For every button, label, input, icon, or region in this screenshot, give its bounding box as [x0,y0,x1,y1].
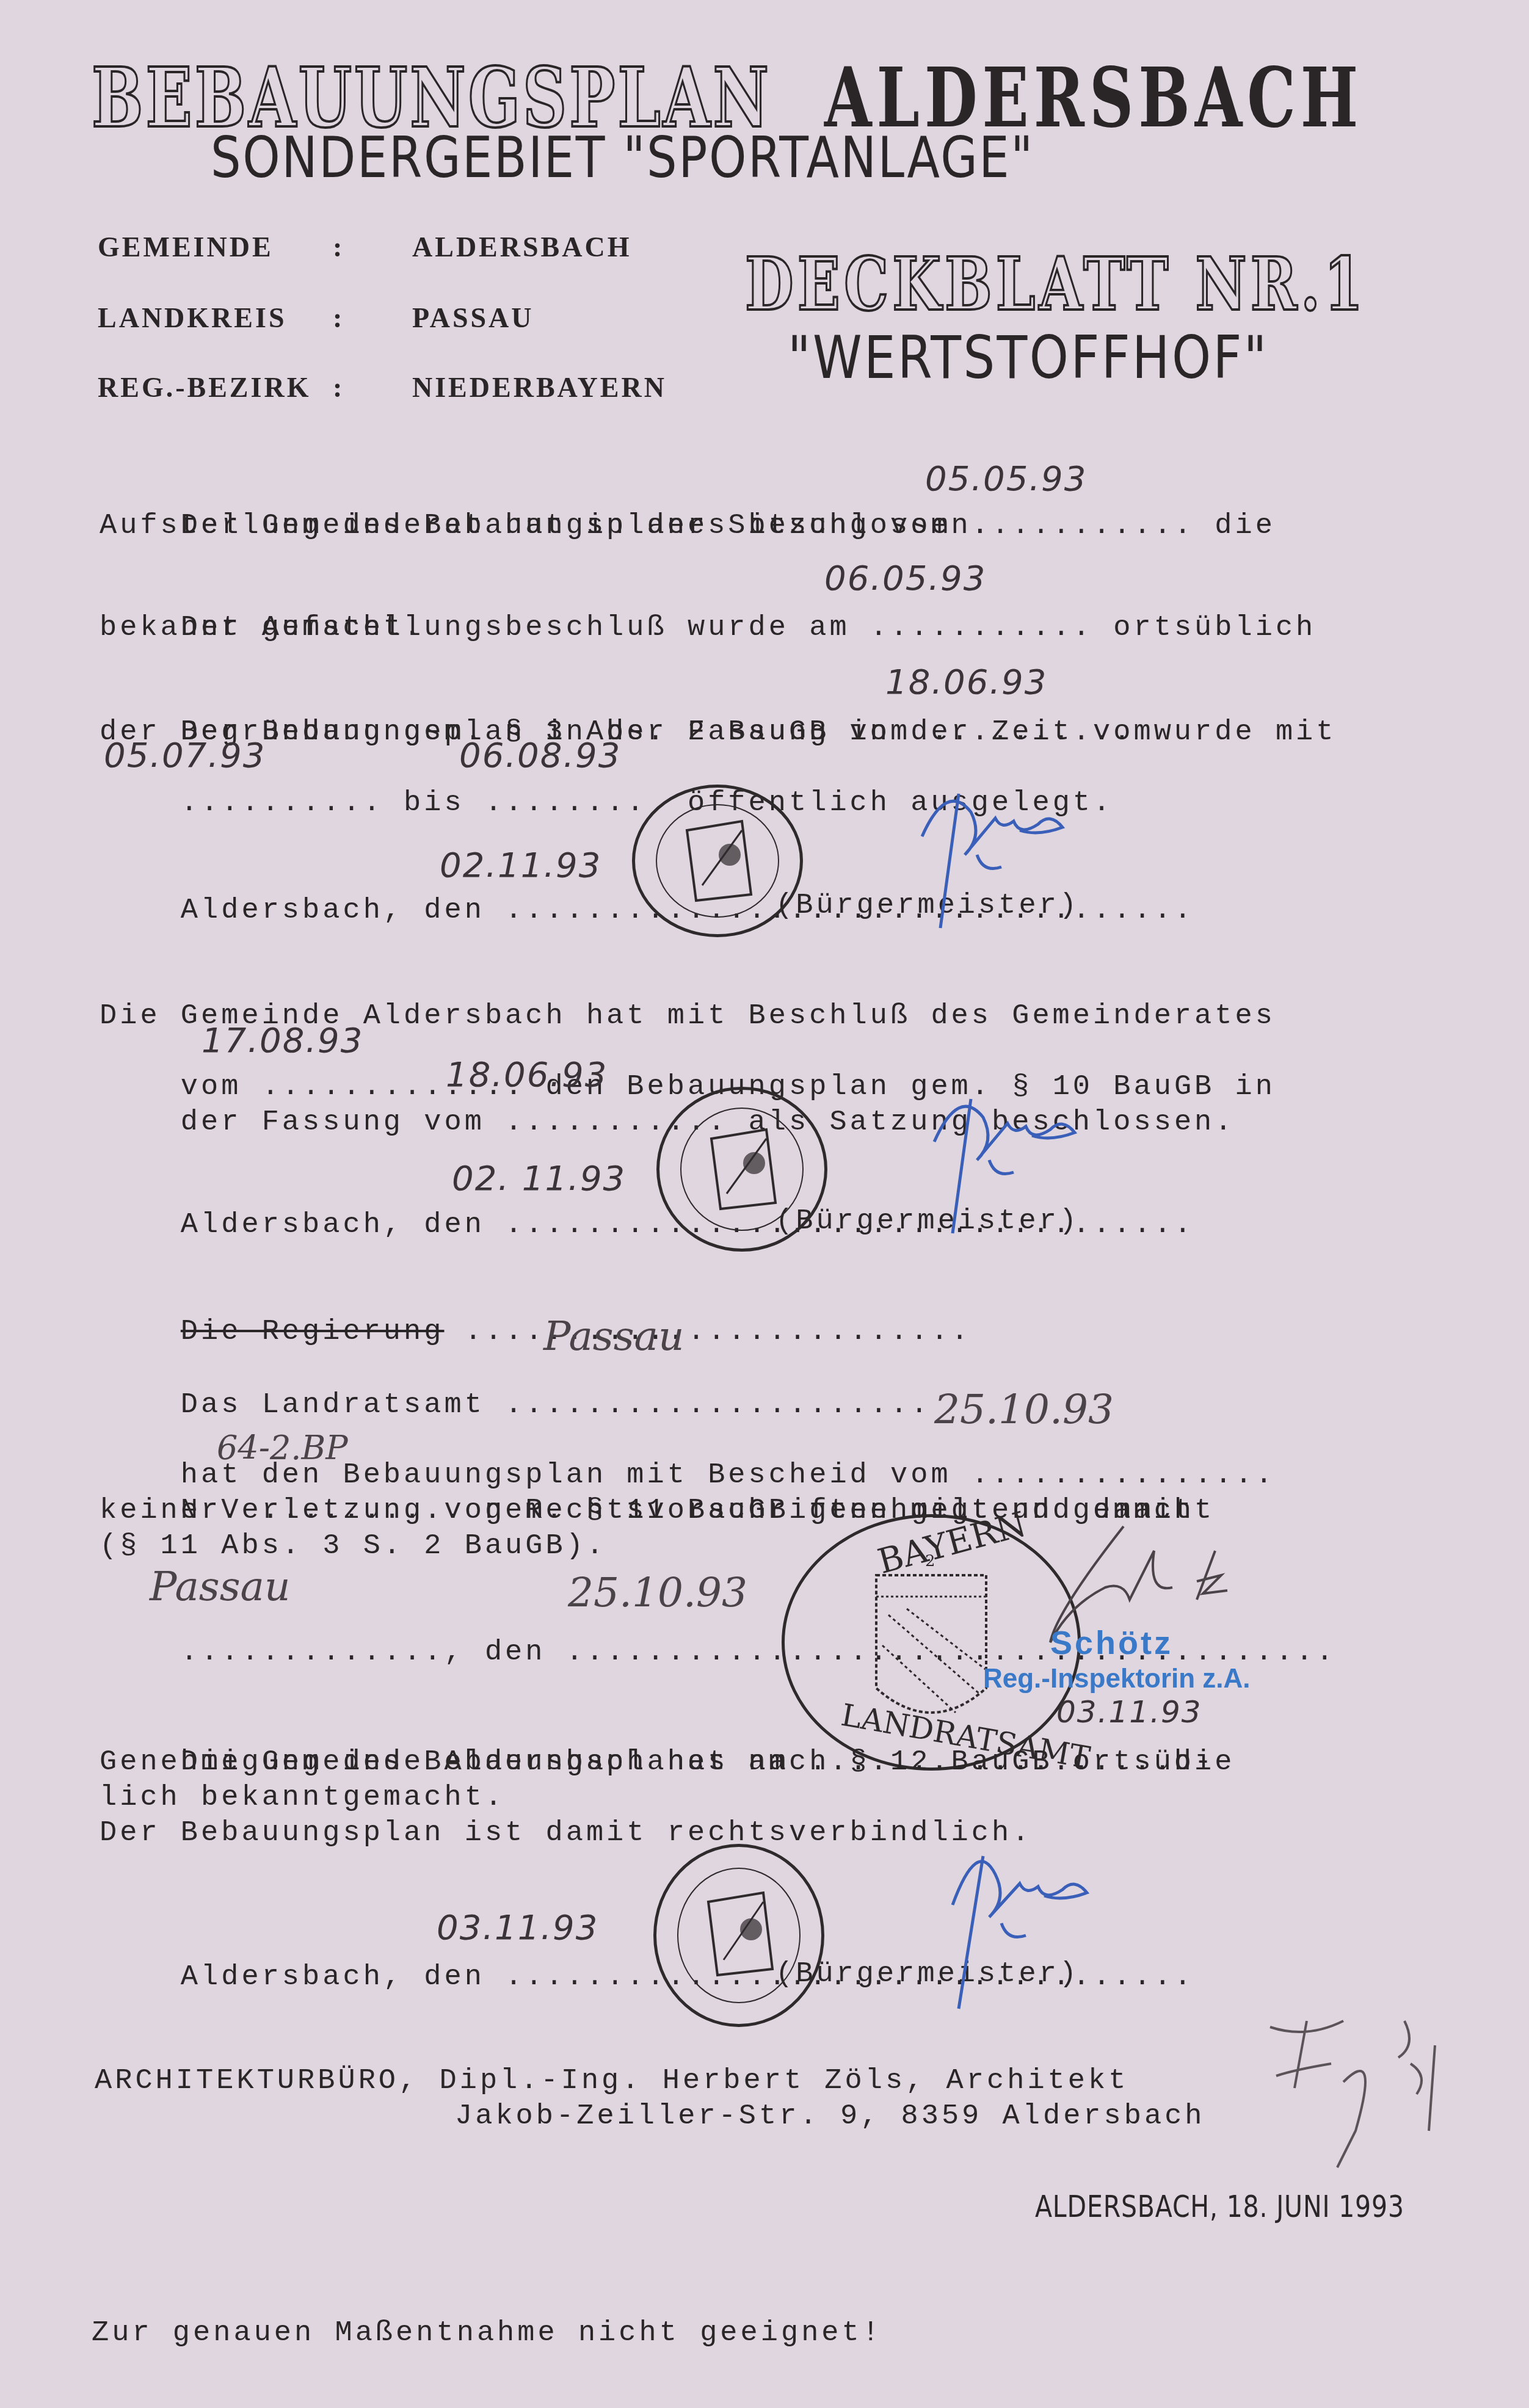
meta-label-landkreis: LANDKREIS [98,302,287,334]
coat-of-arms-icon [659,1090,824,1249]
handwritten-date: 25.10.93 [568,1569,747,1616]
fill-dots: ..................... [505,1389,931,1421]
handwritten-date: 02.11.93 [440,846,601,885]
handwritten-reference-number: 64-2.BP [217,1429,348,1467]
official-name-stamp: Schötz [1050,1624,1173,1662]
struck-text: Die Regierung [181,1316,445,1348]
coat-of-arms-icon [635,788,800,934]
fill-dots: ........... [870,612,1093,644]
meta-value-landkreis: PASSAU [412,302,534,334]
text: ortsüblich [1093,612,1316,644]
coat-of-arms-icon [656,1847,821,2024]
fill-dots: ......................... [445,1316,972,1348]
handwritten-date: 05.05.93 [925,459,1087,499]
handwritten-date: 17.08.93 [202,1021,363,1061]
meta-label-gemeinde: GEMEINDE [98,231,274,263]
architect-office-line: ARCHITEKTURBÜRO, Dipl.-Ing. Herbert Zöls… [95,2064,1128,2099]
meta-value-gemeinde: ALDERSBACH [412,231,632,263]
fill-dots: .......... [181,787,383,819]
text-line: Aufstellung des Bebauungsplanes beschlos… [100,509,992,544]
handwritten-date: 06.08.93 [459,736,621,775]
municipal-seal-icon [653,1844,824,2027]
mayor-signature-icon [904,1075,1124,1246]
handwritten-date: 18.06.93 [885,662,1047,702]
meta-sep: : [333,371,344,404]
plan-subtitle: SONDERGEBIET "SPORTANLAGE" [211,125,1034,190]
text: Das Landratsamt [181,1389,505,1421]
disclaimer: Zur genauen Maßentnahme nicht geeignet! [92,2316,882,2351]
handwritten-date: 18.06.93 [446,1055,608,1095]
text: Aldersbach, den [181,1961,505,1993]
fill-dots: ........ [485,787,647,819]
fill-dots: ............. [181,1636,445,1669]
text: die [1194,510,1276,542]
handwritten-authority: Passau [543,1313,684,1360]
deckblatt-title: DECKBLATT NR.1 [745,241,1367,327]
text: bis [383,787,485,819]
text-line: Genehmigung des Bebauungsplanes nach § 1… [100,1745,1215,1780]
meta-value-regbezirk: NIEDERBAYERN [412,371,667,404]
meta-sep: : [333,302,344,334]
fill-dots: ........... [972,510,1194,542]
text-line: lich bekanntgemacht. [100,1780,505,1816]
text: der Fassung vom [181,1106,505,1139]
official-title-stamp: Reg.-Inspektorin z.A. [983,1664,1251,1694]
plan-date: ALDERSBACH, 18. JUNI 1993 [1035,2189,1404,2224]
handwritten-place: Passau [150,1563,290,1610]
municipal-seal-icon [632,785,803,937]
handwritten-date: 06.05.93 [824,559,986,598]
text: Aldersbach, den [181,894,505,927]
mayor-signature-icon [892,769,1111,940]
text-line: Der Bebauungsplan ist damit rechtsverbin… [100,1816,1032,1851]
text-line: (§ 11 Abs. 3 S. 2 BauGB). [100,1529,606,1564]
architect-address-line: Jakob-Zeiller-Str. 9, 8359 Aldersbach [455,2099,1205,2134]
handwritten-date: 05.07.93 [104,736,266,775]
handwritten-date: 03.11.93 [1056,1694,1202,1730]
handwritten-date: 03.11.93 [437,1908,598,1948]
municipal-seal-icon [656,1087,827,1252]
text: wurde mit [1133,716,1336,749]
deckblatt-name: "WERTSTOFFHOF" [788,324,1269,392]
handwritten-date: 25.10.93 [934,1386,1114,1433]
mayor-signature-icon [916,1826,1136,2021]
meta-label-regbezirk: REG.-BEZIRK [98,371,311,404]
handwritten-date: 02. 11.93 [452,1159,626,1199]
text: , den [445,1636,566,1669]
text-line: bekannt gemacht. [100,611,424,646]
meta-sep: : [333,231,344,263]
architect-signature-icon [1258,2009,1502,2180]
text: Aldersbach, den [181,1209,505,1241]
